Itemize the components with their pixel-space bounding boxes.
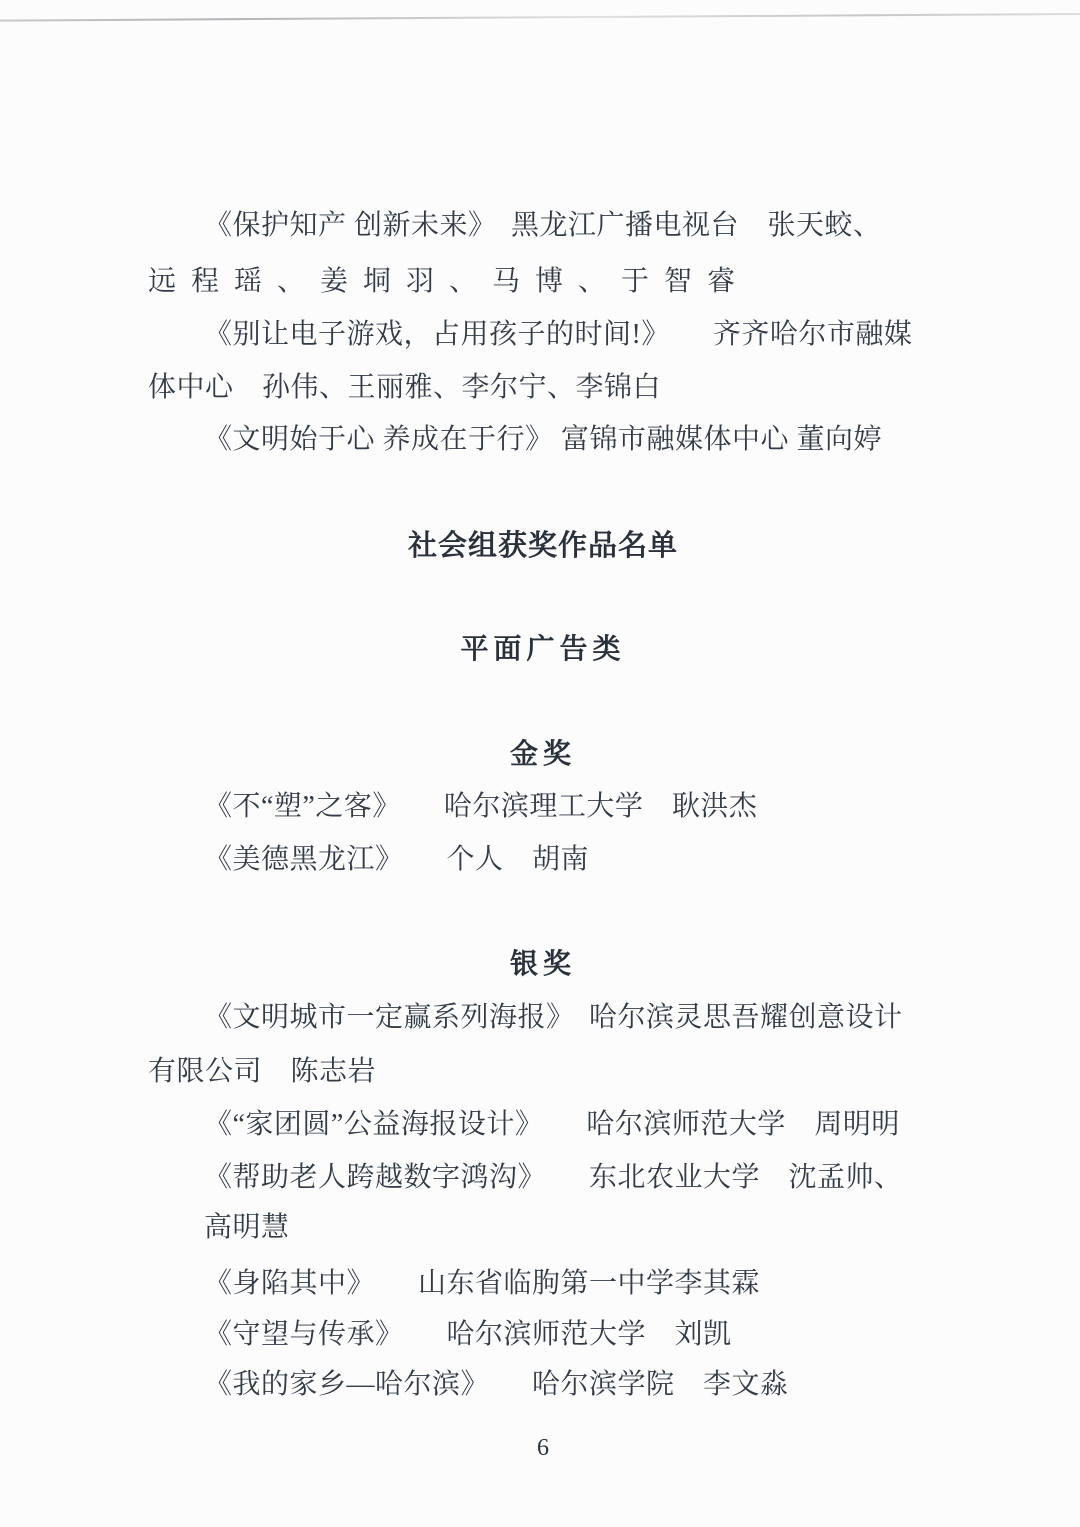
entry-line: 《身陷其中》 山东省临朐第一中学李其霖 bbox=[148, 1257, 938, 1311]
gold-award-heading: 金奖 bbox=[148, 728, 938, 782]
page-number: 6 bbox=[148, 1433, 938, 1463]
entry-line: 《我的家乡—哈尔滨》 哈尔滨学院 李文淼 bbox=[148, 1358, 938, 1412]
scan-artifact-line bbox=[0, 13, 1080, 22]
entry-continuation-line: 高明慧 bbox=[148, 1201, 938, 1255]
entry-line: 《别让电子游戏，占用孩子的时间!》 齐齐哈尔市融媒 bbox=[148, 308, 938, 362]
entry-line: 《“家团圆”公益海报设计》 哈尔滨师范大学 周明明 bbox=[148, 1098, 938, 1152]
section-heading: 社会组获奖作品名单 bbox=[148, 519, 938, 573]
entry-continuation-line: 有限公司 陈志岩 bbox=[148, 1045, 938, 1099]
entry-line: 《文明始于心 养成在于行》 富锦市融媒体中心 董向婷 bbox=[148, 413, 938, 467]
entry-continuation-line: 远程瑶、姜垌羽、马博、于智睿 bbox=[148, 255, 938, 309]
document-page: 《保护知产 创新未来》 黑龙江广播电视台 张天蛟、 远程瑶、姜垌羽、马博、于智睿… bbox=[0, 0, 1080, 1527]
entry-line: 《文明城市一定赢系列海报》 哈尔滨灵思吾耀创意设计 bbox=[148, 991, 938, 1045]
entry-line: 《守望与传承》 哈尔滨师范大学 刘凯 bbox=[148, 1308, 938, 1362]
category-heading: 平面广告类 bbox=[148, 623, 938, 677]
entry-continuation-line: 体中心 孙伟、王丽雅、李尔宁、李锦白 bbox=[148, 361, 938, 415]
entry-line: 《美德黑龙江》 个人 胡南 bbox=[148, 833, 938, 887]
entry-line: 《不“塑”之客》 哈尔滨理工大学 耿洪杰 bbox=[148, 780, 938, 834]
entry-line: 《保护知产 创新未来》 黑龙江广播电视台 张天蛟、 bbox=[148, 199, 938, 253]
silver-award-heading: 银奖 bbox=[148, 938, 938, 992]
entry-line: 《帮助老人跨越数字鸿沟》 东北农业大学 沈孟帅、 bbox=[148, 1151, 938, 1205]
